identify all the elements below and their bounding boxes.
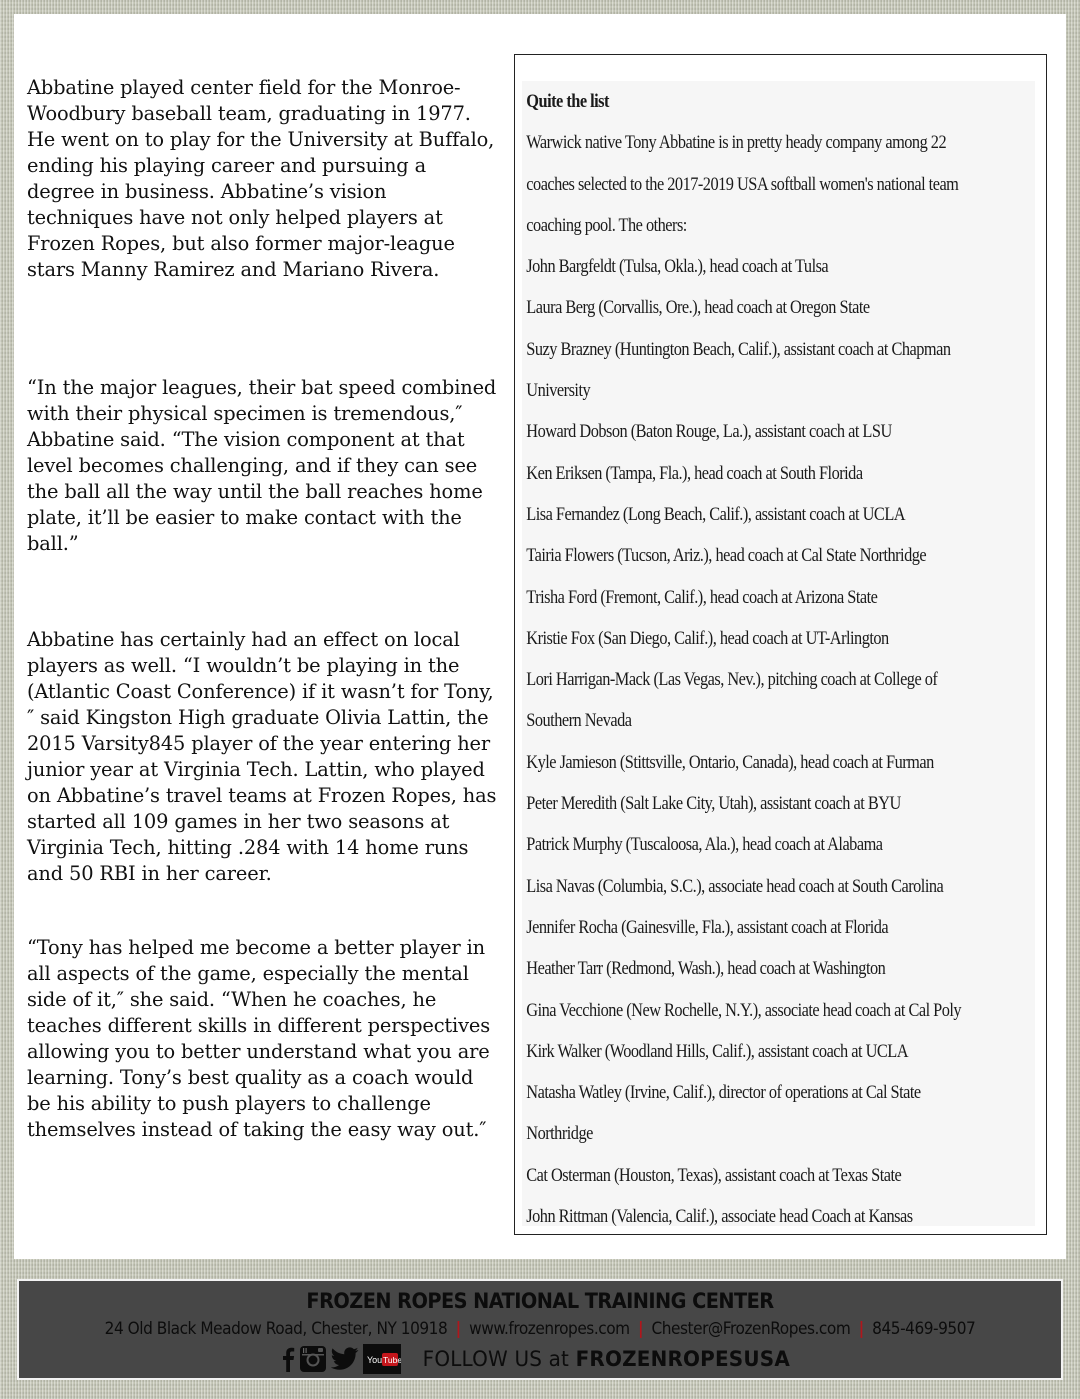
coach-entry: Jennifer Rocha (Gainesville, Fla.), assi… [522, 907, 963, 948]
instagram-icon[interactable] [299, 1346, 327, 1372]
separator: | [859, 1319, 864, 1338]
sidebar-content: Quite the list Warwick native Tony Abbat… [522, 81, 1035, 1226]
footer-email-link[interactable]: Chester@FrozenRopes.com [652, 1319, 851, 1338]
coach-list-sidebar: Quite the list Warwick native Tony Abbat… [514, 54, 1047, 1235]
coach-entry: John Bargfeldt (Tulsa, Okla.), head coac… [522, 246, 963, 287]
coach-entry: Howard Dobson (Baton Rouge, La.), assist… [522, 411, 963, 452]
youtube-label-you: You [367, 1355, 382, 1365]
coach-entry: Lisa Navas (Columbia, S.C.), associate h… [522, 866, 963, 907]
article-paragraph: “In the major leagues, their bat speed c… [27, 375, 497, 557]
sidebar-line: coaches selected to the 2017-2019 USA so… [522, 164, 963, 205]
article-paragraph: Abbatine played center field for the Mon… [27, 75, 497, 283]
youtube-label-tube: Tube [383, 1355, 401, 1365]
article-paragraph: “Tony has helped me become a better play… [27, 935, 497, 1143]
coach-entry: Southern Nevada [522, 700, 963, 741]
footer-contact-line: 24 Old Black Meadow Road, Chester, NY 10… [55, 1319, 1024, 1338]
coach-entry: Northridge [522, 1113, 963, 1154]
footer-banner: FROZEN ROPES NATIONAL TRAINING CENTER 24… [17, 1279, 1063, 1380]
sidebar-line: coaching pool. The others: [522, 205, 963, 246]
article-paragraph: Abbatine has certainly had an effect on … [27, 627, 497, 887]
footer-social-row: You Tube FOLLOW US at FROZENROPESUSA [19, 1344, 1061, 1374]
page-content: Abbatine played center field for the Mon… [14, 14, 1066, 1259]
coach-entry: Patrick Murphy (Tuscaloosa, Ala.), head … [522, 824, 963, 865]
coach-entry: Suzy Brazney (Huntington Beach, Calif.),… [522, 329, 963, 370]
coach-entry: Laura Berg (Corvallis, Ore.), head coach… [522, 287, 963, 328]
coach-entry: Kirk Walker (Woodland Hills, Calif.), as… [522, 1031, 963, 1072]
sidebar-line: Warwick native Tony Abbatine is in prett… [522, 122, 963, 163]
coach-entry: University [522, 370, 963, 411]
coach-entry: Peter Meredith (Salt Lake City, Utah), a… [522, 783, 963, 824]
coach-entry: Ken Eriksen (Tampa, Fla.), head coach at… [522, 453, 963, 494]
twitter-icon[interactable] [331, 1346, 359, 1372]
footer-website-link[interactable]: www.frozenropes.com [469, 1319, 629, 1338]
youtube-icon[interactable]: You Tube [363, 1346, 401, 1372]
footer-title: FROZEN ROPES NATIONAL TRAINING CENTER [61, 1289, 1020, 1313]
coach-entry: Trisha Ford (Fremont, Calif.), head coac… [522, 577, 963, 618]
follow-us-text: FOLLOW US at FROZENROPESUSA [422, 1347, 789, 1371]
coach-entry: Kyle Jamieson (Stittsville, Ontario, Can… [522, 742, 963, 783]
coach-entry: Heather Tarr (Redmond, Wash.), head coac… [522, 948, 963, 989]
sidebar-title: Quite the list [522, 81, 963, 122]
follow-prefix: FOLLOW US at [422, 1347, 575, 1371]
separator: | [638, 1319, 643, 1338]
facebook-icon[interactable] [281, 1346, 295, 1372]
coach-entry: Gina Vecchione (New Rochelle, N.Y.), ass… [522, 990, 963, 1031]
coach-entry: Cat Osterman (Houston, Texas), assistant… [522, 1155, 963, 1196]
separator: | [456, 1319, 461, 1338]
coach-entry: Lisa Fernandez (Long Beach, Calif.), ass… [522, 494, 963, 535]
footer-phone: 845-469-9507 [872, 1319, 975, 1338]
coach-entry: John Rittman (Valencia, Calif.), associa… [522, 1196, 963, 1237]
coach-entry: Kristie Fox (San Diego, Calif.), head co… [522, 618, 963, 659]
coach-entry: Tairia Flowers (Tucson, Ariz.), head coa… [522, 535, 963, 576]
follow-handle[interactable]: FROZENROPESUSA [575, 1347, 789, 1371]
footer-address: 24 Old Black Meadow Road, Chester, NY 10… [105, 1319, 448, 1338]
coach-entry: Natasha Watley (Irvine, Calif.), directo… [522, 1072, 963, 1113]
coach-entry: Lori Harrigan-Mack (Las Vegas, Nev.), pi… [522, 659, 963, 700]
